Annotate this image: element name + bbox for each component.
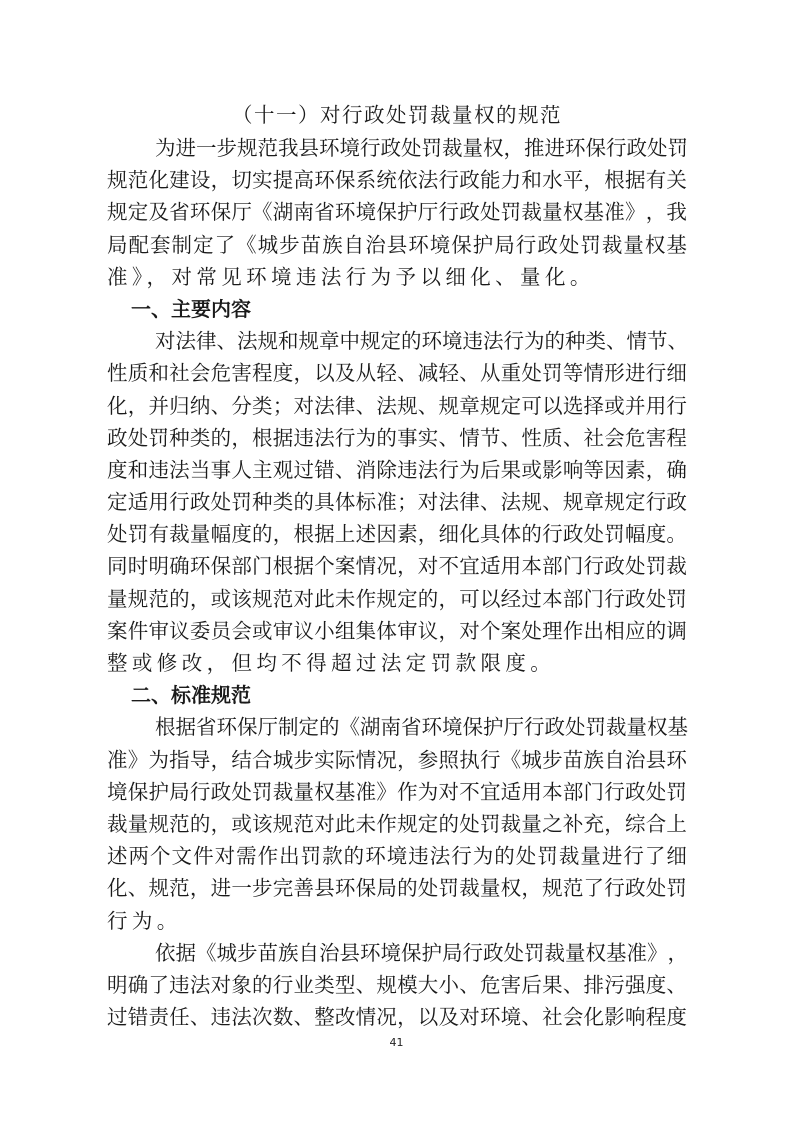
- paragraph-basis: 依据《城步苗族自治县环境保护局行政处罚裁量权基准》， 明确了违法对象的行业类型、…: [107, 937, 687, 1034]
- text-line: 裁量规范的，或该规范对此未作规定的处罚裁量之补充，综合上: [107, 808, 687, 840]
- document-page: （十一）对行政处罚裁量权的规范 为进一步规范我县环境行政处罚裁量权，推进环保行政…: [107, 98, 687, 1033]
- text-line: 整或修改，但均不得超过法定罚款限度。: [107, 647, 687, 679]
- text-line: 局配套制定了《城步苗族自治县环境保护局行政处罚裁量权基: [107, 229, 687, 261]
- text-line: 准》为指导，结合城步实际情况，参照执行《城步苗族自治县环: [107, 744, 687, 776]
- text-line: 处罚有裁量幅度的，根据上述因素，细化具体的行政处罚幅度。: [107, 518, 687, 550]
- page-number: 41: [0, 1036, 793, 1049]
- text-line: 明确了违法对象的行业类型、规模大小、危害后果、排污强度、: [107, 969, 687, 1001]
- text-line: 准》，对常见环境违法行为予以细化、量化。: [107, 261, 687, 293]
- text-line: 境保护局行政处罚裁量权基准》作为对不宜适用本部门行政处罚: [107, 776, 687, 808]
- text-line: 政处罚种类的，根据违法行为的事实、情节、性质、社会危害程: [107, 422, 687, 454]
- text-line: 规范化建设，切实提高环保系统依法行政能力和水平，根据有关: [107, 164, 687, 196]
- text-line: 案件审议委员会或审议小组集体审议，对个案处理作出相应的调: [107, 615, 687, 647]
- paragraph-standards: 根据省环保厅制定的《湖南省环境保护厅行政处罚裁量权基 准》为指导，结合城步实际情…: [107, 711, 687, 936]
- text-line: 同时明确环保部门根据个案情况，对不宜适用本部门行政处罚裁: [107, 550, 687, 582]
- heading-main-content: 一、主要内容: [107, 293, 687, 325]
- text-line: 性质和社会危害程度，以及从轻、减轻、从重处罚等情形进行细: [107, 357, 687, 389]
- paragraph-intro: 为进一步规范我县环境行政处罚裁量权，推进环保行政处罚 规范化建设，切实提高环保系…: [107, 132, 687, 293]
- section-title: （十一）对行政处罚裁量权的规范: [107, 98, 687, 132]
- text-line: 根据省环保厅制定的《湖南省环境保护厅行政处罚裁量权基: [107, 711, 687, 743]
- heading-standards: 二、标准规范: [107, 679, 687, 711]
- paragraph-main-content: 对法律、法规和规章中规定的环境违法行为的种类、情节、 性质和社会危害程度，以及从…: [107, 325, 687, 679]
- text-line: 规定及省环保厅《湖南省环境保护厅行政处罚裁量权基准》，我: [107, 196, 687, 228]
- text-line: 行为。: [107, 905, 687, 937]
- text-line: 述两个文件对需作出罚款的环境违法行为的处罚裁量进行了细: [107, 840, 687, 872]
- text-line: 度和违法当事人主观过错、消除违法行为后果或影响等因素，确: [107, 454, 687, 486]
- text-line: 化、规范，进一步完善县环保局的处罚裁量权，规范了行政处罚: [107, 872, 687, 904]
- text-line: 为进一步规范我县环境行政处罚裁量权，推进环保行政处罚: [107, 132, 687, 164]
- text-line: 定适用行政处罚种类的具体标准；对法律、法规、规章规定行政: [107, 486, 687, 518]
- text-line: 量规范的，或该规范对此未作规定的，可以经过本部门行政处罚: [107, 583, 687, 615]
- text-line: 过错责任、违法次数、整改情况，以及对环境、社会化影响程度: [107, 1001, 687, 1033]
- text-line: 依据《城步苗族自治县环境保护局行政处罚裁量权基准》，: [107, 937, 687, 969]
- text-line: 化，并归纳、分类；对法律、法规、规章规定可以选择或并用行: [107, 390, 687, 422]
- text-line: 对法律、法规和规章中规定的环境违法行为的种类、情节、: [107, 325, 687, 357]
